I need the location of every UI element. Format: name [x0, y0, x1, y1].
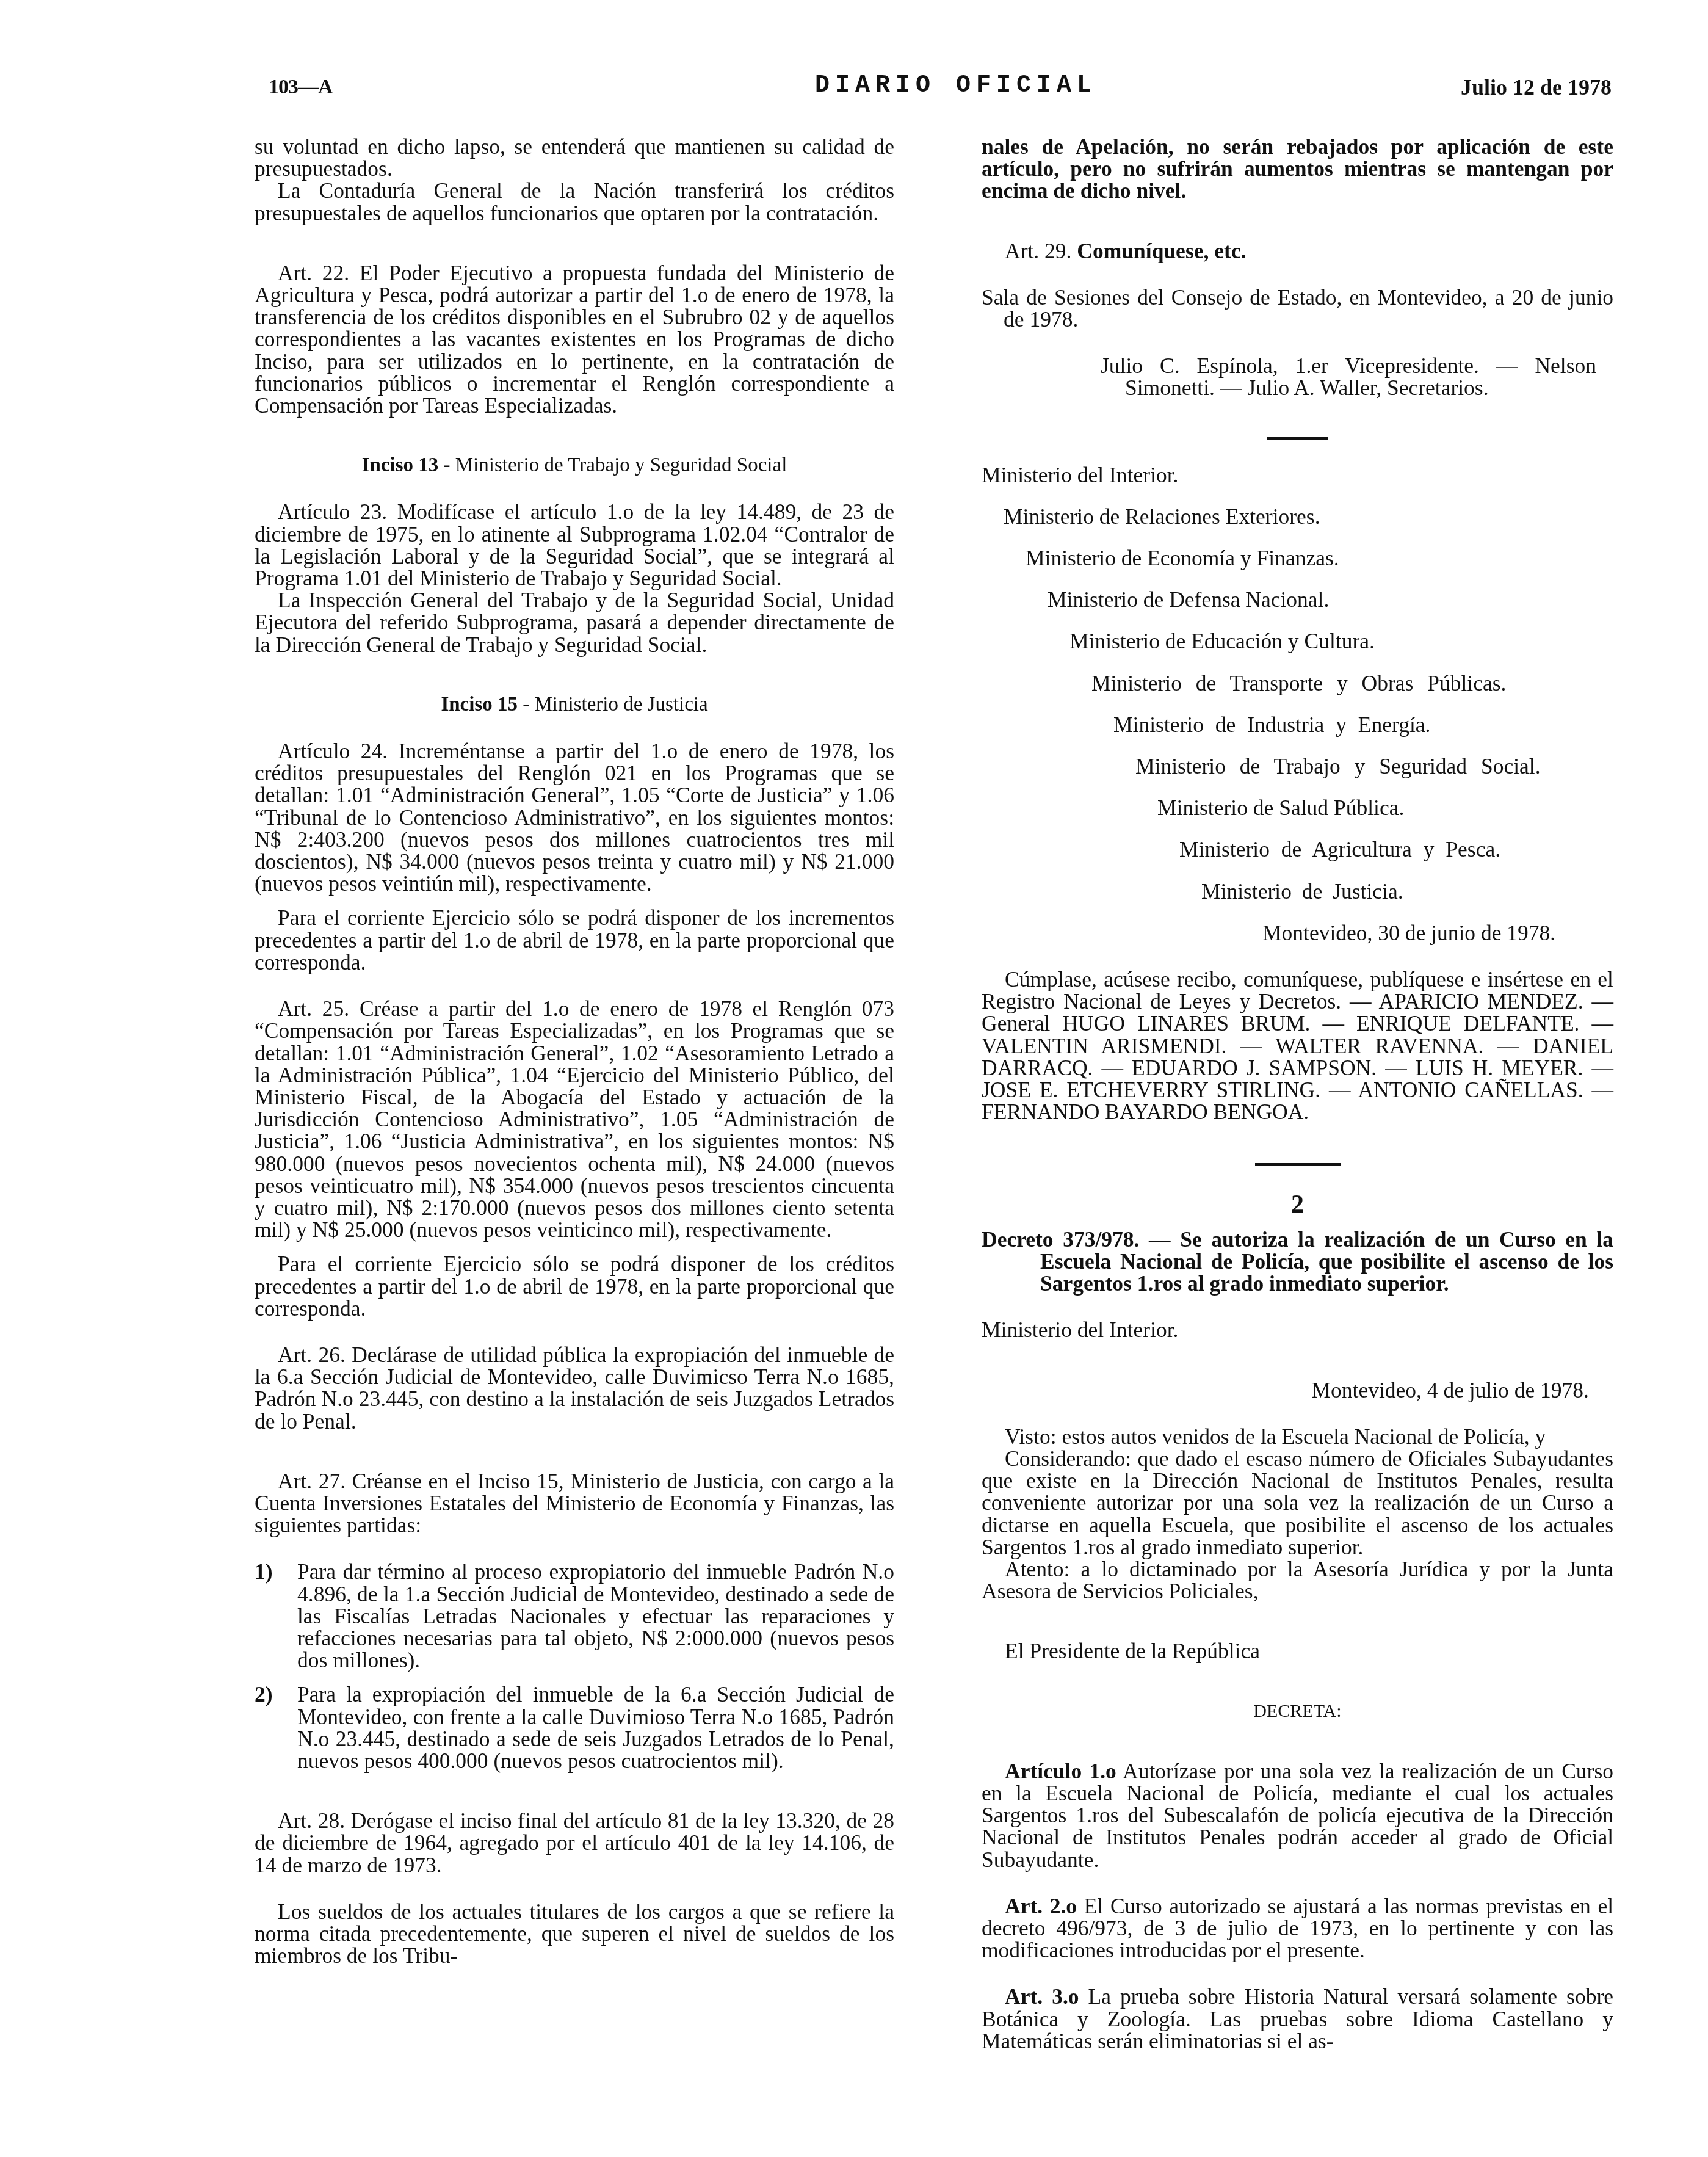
ministry-item: Ministerio de Economía y Finanzas.	[982, 547, 1613, 569]
article-22: Art. 22. El Poder Ejecutivo a propuesta …	[255, 262, 894, 416]
list-marker: 1)	[255, 1561, 273, 1582]
right-column: nales de Apelación, no serán rebajados p…	[982, 136, 1613, 2052]
visto: Visto: estos autos venidos de la Escuela…	[982, 1426, 1613, 1448]
article-29: Art. 29. Comuníquese, etc.	[982, 240, 1613, 262]
divider	[1267, 437, 1328, 440]
ministry: Ministerio del Interior.	[982, 1319, 1613, 1341]
divider	[1255, 1163, 1341, 1166]
list-item-text: Para la expropiación del inmueble de la …	[297, 1682, 894, 1773]
paragraph: Para el corriente Ejercicio sólo se podr…	[255, 907, 894, 973]
ministry-item: Ministerio de Relaciones Exteriores.	[982, 506, 1613, 527]
list-item: 2)Para la expropiación del inmueble de l…	[255, 1683, 894, 1772]
ministry-item: Ministerio de Transporte y Obras Pública…	[982, 672, 1613, 694]
article-25: Art. 25. Créase a partir del 1.o de ener…	[255, 998, 894, 1241]
article-23: Artículo 23. Modifícase el artículo 1.o …	[255, 501, 894, 589]
page-header: 103—A DIARIO OFICIAL Julio 12 de 1978	[269, 72, 1648, 115]
article-label: Art. 25.	[278, 996, 349, 1021]
article-text: Declárase de utilidad pública la expropi…	[255, 1343, 894, 1434]
article-label: Artículo 24.	[278, 739, 388, 763]
considerando: Considerando: que dado el escaso número …	[982, 1448, 1613, 1558]
left-column: su voluntad en dicho lapso, se entenderá…	[255, 136, 894, 1967]
decree-number: Decreto 373/978.	[982, 1227, 1139, 1252]
article-text: Derógase el inciso final del artículo 81…	[255, 1808, 894, 1877]
paragraph: La Contaduría General de la Nación trans…	[255, 179, 894, 223]
article-24: Artículo 24. Increméntanse a partir del …	[255, 740, 894, 894]
atento: Atento: a lo dictaminado por la Asesoría…	[982, 1558, 1613, 1602]
inciso-label: Inciso 13	[362, 454, 439, 476]
article-1: Artículo 1.o Autorízase por una sola vez…	[982, 1760, 1613, 1871]
ministry-item: Ministerio de Trabajo y Seguridad Social…	[982, 755, 1613, 777]
inciso-name: - Ministerio de Justicia	[518, 694, 708, 716]
paragraph: nales de Apelación, no serán rebajados p…	[982, 136, 1613, 202]
paragraph: su voluntad en dicho lapso, se entenderá…	[255, 136, 894, 179]
article-label: Artículo 1.o	[1005, 1759, 1116, 1783]
article-2: Art. 2.o El Curso autorizado se ajustará…	[982, 1895, 1613, 1962]
ministry-item: Ministerio de Educación y Cultura.	[982, 630, 1613, 652]
section-number: 2	[982, 1194, 1613, 1216]
ministries-list: Ministerio del Interior. Ministerio de R…	[982, 464, 1613, 944]
article-text: Créanse en el Inciso 15, Ministerio de J…	[255, 1469, 894, 1537]
decreta-heading: DECRETA:	[982, 1700, 1613, 1722]
article-label: Art. 26.	[278, 1343, 346, 1367]
article-label: Art. 3.o	[1005, 1984, 1079, 2009]
issue-date: Julio 12 de 1978	[1461, 74, 1612, 100]
signatures: Julio C. Espínola, 1.er Vicepresidente. …	[982, 355, 1613, 399]
session-place-date: Sala de Sesiones del Consejo de Estado, …	[982, 286, 1613, 330]
article-label: Art. 28.	[278, 1808, 345, 1833]
ministry-item: Ministerio de Defensa Nacional.	[982, 589, 1613, 611]
ministry-item: Ministerio de Salud Pública.	[982, 797, 1613, 819]
promulgation: Cúmplase, acúsese recibo, comuníquese, p…	[982, 968, 1613, 1123]
article-text: Créase a partir del 1.o de enero de 1978…	[255, 996, 894, 1242]
article-27: Art. 27. Créanse en el Inciso 15, Minist…	[255, 1470, 894, 1537]
decree-heading: Decreto 373/978. — Se autoriza la realiz…	[982, 1228, 1613, 1295]
article-text: Comuníquese, etc.	[1077, 239, 1246, 263]
article-text: El Curso autorizado se ajustará a las no…	[982, 1894, 1613, 1962]
inciso-name: - Ministerio de Trabajo y Seguridad Soci…	[438, 454, 787, 476]
place-date: Montevideo, 4 de julio de 1978.	[982, 1379, 1613, 1401]
ministry-item: Ministerio de Agricultura y Pesca.	[982, 838, 1613, 860]
list-marker: 2)	[255, 1683, 273, 1705]
article-3: Art. 3.o La prueba sobre Historia Natura…	[982, 1985, 1613, 2052]
paragraph: Los sueldos de los actuales titulares de…	[255, 1901, 894, 1967]
article-26: Art. 26. Declárase de utilidad pública l…	[255, 1344, 894, 1432]
inciso-13-heading: Inciso 13 - Ministerio de Trabajo y Segu…	[255, 454, 894, 476]
list-item-text: Para dar término al proceso expropiatori…	[297, 1559, 894, 1672]
page-number: 103—A	[269, 76, 333, 99]
article-text: El Poder Ejecutivo a propuesta fundada d…	[255, 261, 894, 418]
inciso-label: Inciso 15	[441, 694, 518, 716]
ministry-item: Ministerio del Interior.	[982, 464, 1613, 486]
ministry-item: Ministerio de Industria y Energía.	[982, 714, 1613, 736]
article-label: Art. 2.o	[1005, 1894, 1077, 1918]
article-text: Increméntanse a partir del 1.o de enero …	[255, 739, 894, 896]
paragraph: La Inspección General del Trabajo y de l…	[255, 589, 894, 656]
paragraph: Para el corriente Ejercicio sólo se podr…	[255, 1253, 894, 1319]
list-item: 1)Para dar término al proceso expropiato…	[255, 1561, 894, 1671]
ministry-item: Ministerio de Justicia.	[982, 880, 1613, 902]
inciso-15-heading: Inciso 15 - Ministerio de Justicia	[255, 694, 894, 716]
place-date: Montevideo, 30 de junio de 1978.	[982, 922, 1613, 944]
publication-title: DIARIO OFICIAL	[815, 72, 1097, 100]
article-label: Art. 22.	[278, 261, 349, 285]
article-label: Art. 29.	[1005, 239, 1071, 263]
article-label: Artículo 23.	[278, 499, 387, 524]
article-label: Art. 27.	[278, 1469, 346, 1493]
president-line: El Presidente de la República	[982, 1640, 1613, 1662]
article-28: Art. 28. Derógase el inciso final del ar…	[255, 1810, 894, 1876]
